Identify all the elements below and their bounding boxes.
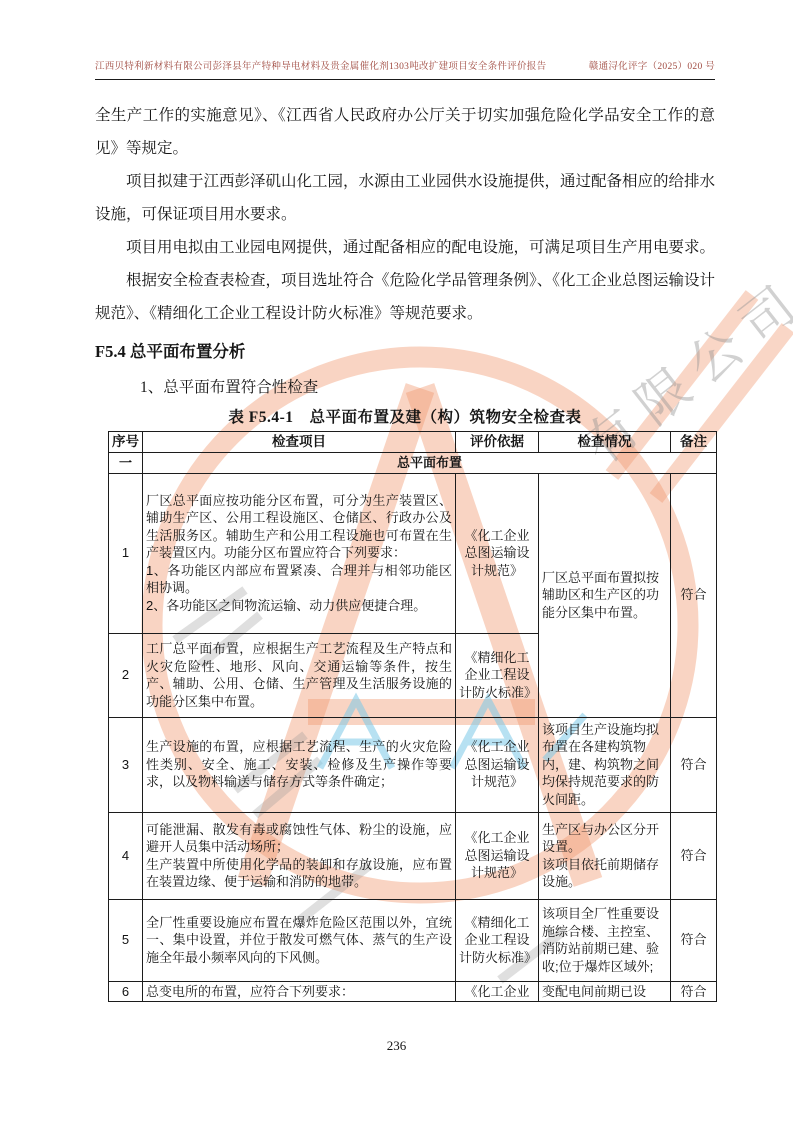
cell-item: 厂区总平面应按功能分区布置，可分为生产装置区、辅助生产区、公用工程设施区、仓储区…: [143, 473, 456, 633]
cell-item: 生产设施的布置，应根据工艺流程、生产的火灾危险性类别、安全、施工、安装、检修及生…: [143, 717, 456, 812]
paragraph: 项目拟建于江西彭泽矶山化工园，水源由工业园供水设施提供，通过配备相应的给排水设施…: [95, 165, 715, 231]
cell-basis: 《化工企业: [456, 981, 539, 1002]
paragraph: 全生产工作的实施意见》、《江西省人民政府办公厅关于切实加强危险化学品安全工作的意…: [95, 99, 715, 165]
cell-no: 6: [109, 981, 143, 1002]
col-header-item: 检查项目: [143, 432, 456, 453]
col-header-no: 序号: [109, 432, 143, 453]
cell-basis: 《精细化工企业工程设计防火标准》: [456, 633, 539, 717]
col-header-situation: 检查情况: [539, 432, 671, 453]
cell-item: 总变电所的布置，应符合下列要求：: [143, 981, 456, 1002]
cell-item: 可能泄漏、散发有毒或腐蚀性气体、粉尘的设施，应避开人员集中活动场所； 生产装置中…: [143, 812, 456, 899]
table-row: 5 全厂性重要设施应布置在爆炸危险区范围以外，宜统一、集中设置，并位于散发可燃气…: [109, 899, 717, 981]
paragraph: 项目用电拟由工业园电网提供，通过配备相应的配电设施，可满足项目生产用电要求。: [95, 231, 715, 264]
header-doc-number: 赣通浔化评字（2025）020 号: [589, 58, 715, 72]
cell-basis: 《化工企业总图运输设计规范》: [456, 717, 539, 812]
cell-no: 5: [109, 899, 143, 981]
document-body: 全生产工作的实施意见》、《江西省人民政府办公厅关于切实加强危险化学品安全工作的意…: [95, 99, 715, 1002]
table-group-row: 一 总平面布置: [109, 453, 717, 474]
header-divider: [95, 79, 715, 80]
cell-basis: 《化工企业总图运输设计规范》: [456, 473, 539, 633]
col-header-remark: 备注: [671, 432, 717, 453]
cell-situation: 厂区总平面布置拟按辅助区和生产区的功能分区集中布置。: [539, 473, 671, 717]
cell-no: 2: [109, 633, 143, 717]
table-row: 6 总变电所的布置，应符合下列要求： 《化工企业 变配电间前期已设 符合: [109, 981, 717, 1002]
cell-basis: 《化工企业总图运输设计规范》: [456, 812, 539, 899]
cell-remark: 符合: [671, 981, 717, 1002]
cell-remark: 符合: [671, 899, 717, 981]
page-number: 236: [0, 1038, 793, 1054]
cell-no: 3: [109, 717, 143, 812]
cell-item: 全厂性重要设施应布置在爆炸危险区范围以外，宜统一、集中设置，并位于散发可燃气体、…: [143, 899, 456, 981]
subsection-heading: 1、总平面布置符合性检查: [95, 371, 715, 405]
cell-situation: 该项目生产设施均拟布置在各建构筑物内，建、构筑物之间均保持规范要求的防火间距。: [539, 717, 671, 812]
group-row-label: 总平面布置: [143, 453, 717, 474]
cell-situation: 生产区与办公区分开设置。 该项目依托前期储存设施。: [539, 812, 671, 899]
table-row: 4 可能泄漏、散发有毒或腐蚀性气体、粉尘的设施，应避开人员集中活动场所； 生产装…: [109, 812, 717, 899]
group-row-index: 一: [109, 453, 143, 474]
table-header-row: 序号 检查项目 评价依据 检查情况 备注: [109, 432, 717, 453]
cell-item: 工厂总平面布置，应根据生产工艺流程及生产特点和火灾危险性、地形、风向、交通运输等…: [143, 633, 456, 717]
paragraph: 根据安全检查表检查，项目选址符合《危险化学品管理条例》、《化工企业总图运输设计规…: [95, 264, 715, 330]
safety-check-table: 序号 检查项目 评价依据 检查情况 备注 一 总平面布置 1 厂区总平面应按功能…: [108, 431, 717, 1002]
cell-remark: 符合: [671, 812, 717, 899]
cell-no: 4: [109, 812, 143, 899]
document-page: 有限公司 江西贝特利新材料有限公司彭泽县年产特种导电材料及贵金属催化剂1303吨…: [0, 0, 793, 1122]
table-row: 3 生产设施的布置，应根据工艺流程、生产的火灾危险性类别、安全、施工、安装、检修…: [109, 717, 717, 812]
cell-basis: 《精细化工企业工程设计防火标准》: [456, 899, 539, 981]
page-header: 江西贝特利新材料有限公司彭泽县年产特种导电材料及贵金属催化剂1303吨改扩建项目…: [95, 58, 715, 72]
table-title: 表 F5.4-1 总平面布置及建（构）筑物安全检查表: [95, 405, 715, 431]
col-header-basis: 评价依据: [456, 432, 539, 453]
cell-remark: 符合: [671, 717, 717, 812]
cell-situation: 该项目全厂性重要设施综合楼、主控室、消防站前期已建、验收;位于爆炸区域外;: [539, 899, 671, 981]
cell-situation: 变配电间前期已设: [539, 981, 671, 1002]
section-heading: F5.4 总平面布置分析: [95, 333, 715, 371]
table-row: 1 厂区总平面应按功能分区布置，可分为生产装置区、辅助生产区、公用工程设施区、仓…: [109, 473, 717, 633]
cell-remark: 符合: [671, 473, 717, 717]
cell-no: 1: [109, 473, 143, 633]
header-report-title: 江西贝特利新材料有限公司彭泽县年产特种导电材料及贵金属催化剂1303吨改扩建项目…: [95, 58, 546, 72]
